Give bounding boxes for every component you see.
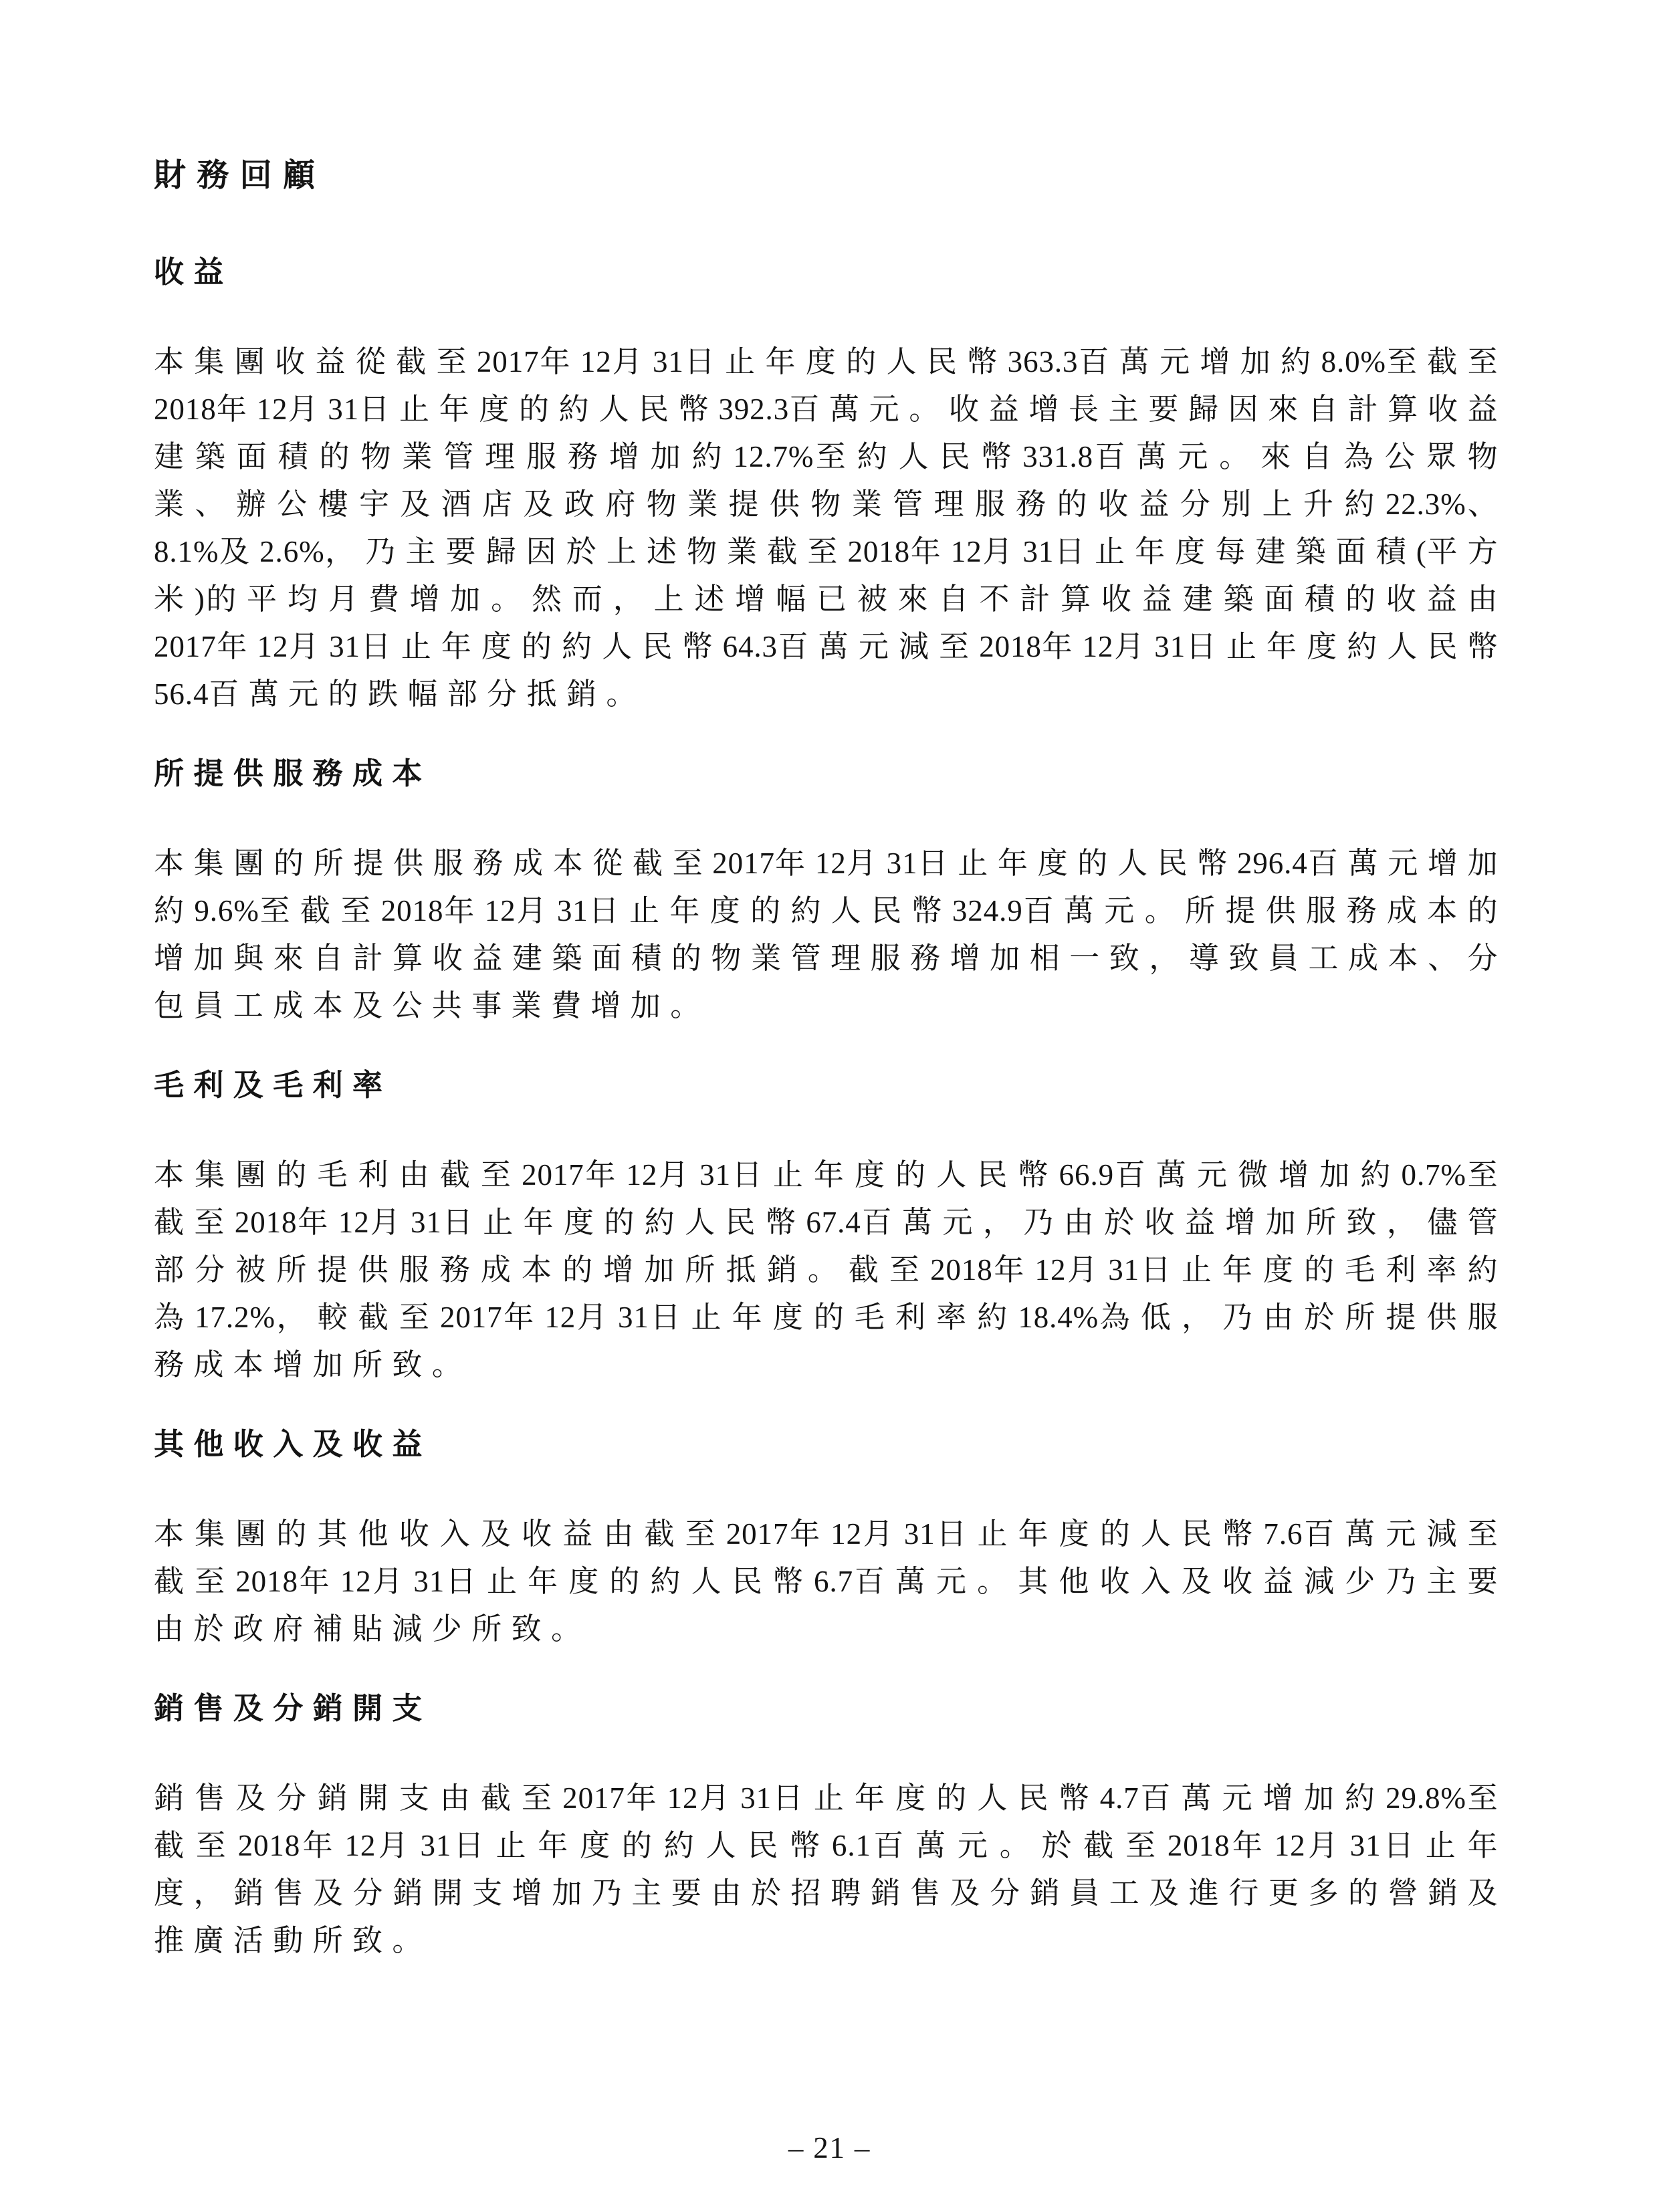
section-paragraph: 銷售及分銷開支由截至2017年12月31日止年度的人民幣4.7百萬元增加約29.… (154, 1775, 1507, 1965)
section-paragraph: 本集團收益從截至2017年12月31日止年度的人民幣363.3百萬元增加約8.0… (154, 338, 1507, 718)
section-paragraph: 本集團的所提供服務成本從截至2017年12月31日止年度的人民幣296.4百萬元… (154, 840, 1507, 1030)
page-title: 財務回顧 (154, 159, 1507, 193)
section-heading: 銷售及分銷開支 (154, 1692, 1507, 1725)
section-paragraph: 本集團的毛利由截至2017年12月31日止年度的人民幣66.9百萬元微增加約0.… (154, 1151, 1507, 1389)
document-page: 財務回顧 收益 本集團收益從截至2017年12月31日止年度的人民幣363.3百… (0, 0, 1659, 2212)
section-heading: 收益 (154, 255, 1507, 289)
section-heading: 所提供服務成本 (154, 757, 1507, 790)
page-content: 財務回顧 收益 本集團收益從截至2017年12月31日止年度的人民幣363.3百… (154, 159, 1507, 2003)
section-paragraph: 本集團的其他收入及收益由截至2017年12月31日止年度的人民幣7.6百萬元減至… (154, 1511, 1507, 1653)
section-cost-of-services: 所提供服務成本 本集團的所提供服務成本從截至2017年12月31日止年度的人民幣… (154, 757, 1507, 1030)
section-gross-profit: 毛利及毛利率 本集團的毛利由截至2017年12月31日止年度的人民幣66.9百萬… (154, 1069, 1507, 1389)
section-heading: 其他收入及收益 (154, 1428, 1507, 1461)
section-revenue: 收益 本集團收益從截至2017年12月31日止年度的人民幣363.3百萬元增加約… (154, 255, 1507, 718)
section-other-income: 其他收入及收益 本集團的其他收入及收益由截至2017年12月31日止年度的人民幣… (154, 1428, 1507, 1653)
section-heading: 毛利及毛利率 (154, 1069, 1507, 1102)
page-number: – 21 – (0, 2130, 1659, 2165)
section-selling-expenses: 銷售及分銷開支 銷售及分銷開支由截至2017年12月31日止年度的人民幣4.7百… (154, 1692, 1507, 1965)
